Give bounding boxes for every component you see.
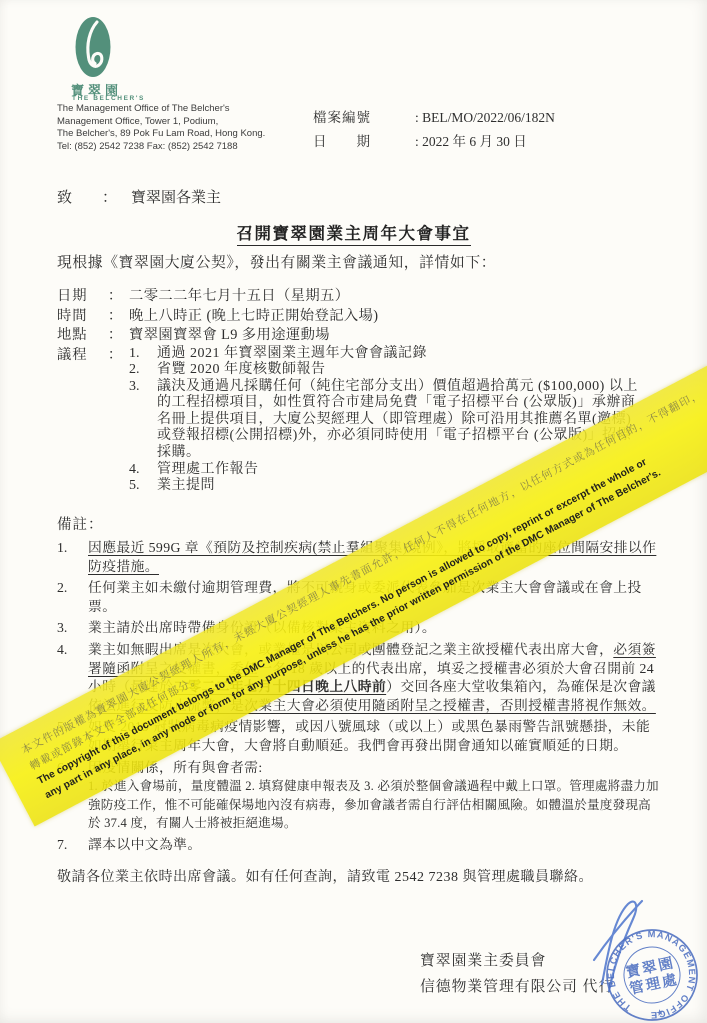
logo-oval-swirl-icon [74,16,112,80]
stamp-circle-icon: THE BELCHER'S MANAGEMENT OFFICE ★ 寶翠園 管理… [597,921,705,1023]
file-number-row: 檔案編號 : BEL/MO/2022/06/182N [313,106,555,130]
addressee-label: 致 [57,190,72,206]
file-reference-block: 檔案編號 : BEL/MO/2022/06/182N 日 期 : 2022 年 … [313,106,555,154]
agenda-item: 1. 通過 2021 年寶翠園業主週年大會會議記錄 [129,346,643,363]
date-value: : 2022 年 6 月 30 日 [415,130,527,154]
belchers-logo-icon [74,16,112,85]
office-address: The Management Office of The Belcher's M… [57,103,265,153]
file-number-label: 檔案編號 [313,106,415,130]
date-row: 日 期 : 2022 年 6 月 30 日 [313,130,555,154]
logo-name-english: THE BELCHER'S [72,95,145,102]
note-6-text: 因疫情關係，所有與會者需: 1. 於進入會場前，量度體溫 2. 填寫健康申報表及… [88,759,662,833]
note-item: 7. 譯本以中文為準。 [57,836,662,855]
letter-title: 召開寶翠園業主周年大會事宜 [0,220,707,244]
address-line: The Belcher's, 89 Pok Fu Lam Road, Hong … [57,128,265,141]
address-line: The Management Office of The Belcher's [57,103,265,116]
date-label: 日 期 [313,130,415,154]
detail-row-time: 時間 ： 晚上八時正 (晚上七時正開始登記入場) [57,307,643,327]
address-line: Tel: (852) 2542 7238 Fax: (852) 2542 718… [57,141,265,154]
detail-row-date: 日期 ： 二零二二年七月十五日（星期五） [57,287,643,307]
file-number-value: : BEL/MO/2022/06/182N [415,106,555,130]
intro-paragraph: 現根據《寶翠園大廈公契》，發出有關業主會議通知，詳情如下： [57,251,496,272]
agenda-item: 2. 省覽 2020 年度核數師報告 [129,362,643,379]
detail-row-venue: 地點 ： 寶翠園寶翠會 L9 多用途運動場 [57,326,643,346]
closing-paragraph: 敬請各位業主依時出席會議。如有任何查詢，請致電 2542 7238 與管理處職員… [57,866,593,886]
addressee-value: 寶翠園各業主 [131,190,221,206]
addressee-colon: ： [102,190,117,206]
addressee-row: 致：寶翠園各業主 [57,186,221,207]
letter-page: 寶翠園 THE BELCHER'S The Management Office … [0,0,707,1023]
management-office-stamp: THE BELCHER'S MANAGEMENT OFFICE ★ 寶翠園 管理… [586,894,707,1023]
address-line: Management Office, Tower 1, Podium, [57,116,265,129]
note-item: 6. 因疫情關係，所有與會者需: 1. 於進入會場前，量度體溫 2. 填寫健康申… [57,759,662,833]
